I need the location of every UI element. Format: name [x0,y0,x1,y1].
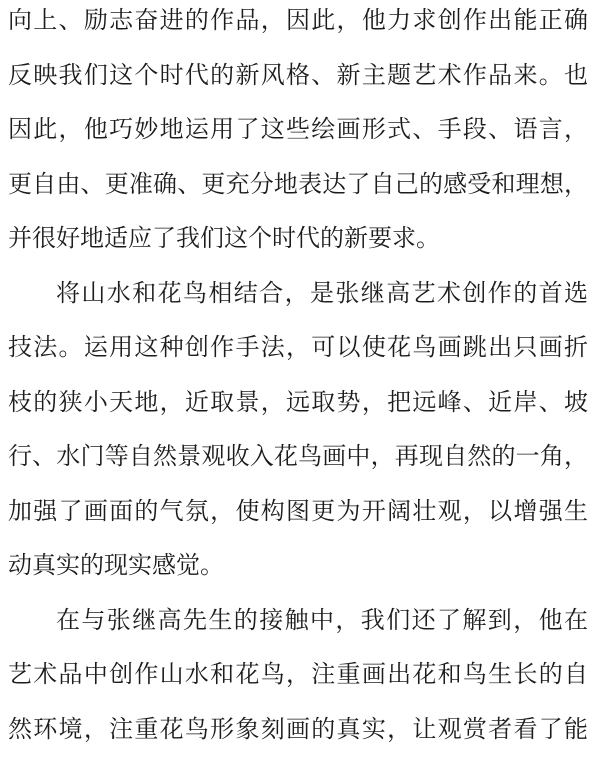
text-line-8: 枝的狭小天地，近取景，远取势，把远峰、近岸、坡 [8,375,588,430]
document-page: 向上、励志奋进的作品，因此，他力求创作出能正确 反映我们这个时代的新风格、新主题… [0,0,600,764]
text-line-4: 更自由、更准确、更充分地表达了自己的感受和理想， [8,157,588,212]
text-line-11: 动真实的现实感觉。 [8,538,588,593]
text-line-6: 将山水和花鸟相结合，是张继高艺术创作的首选 [8,266,588,321]
text-line-12: 在与张继高先生的接触中，我们还了解到，他在 [8,593,588,648]
paragraph-1: 向上、励志奋进的作品，因此，他力求创作出能正确 反映我们这个时代的新风格、新主题… [8,0,588,266]
text-line-5: 并很好地适应了我们这个时代的新要求。 [8,211,588,266]
paragraph-2: 将山水和花鸟相结合，是张继高艺术创作的首选 技法。运用这种创作手法，可以使花鸟画… [8,266,588,593]
text-line-3: 因此，他巧妙地运用了这些绘画形式、手段、语言， [8,102,588,157]
text-line-1: 向上、励志奋进的作品，因此，他力求创作出能正确 [8,0,588,48]
text-line-9: 行、水门等自然景观收入花鸟画中，再现自然的一角， [8,429,588,484]
paragraph-3: 在与张继高先生的接触中，我们还了解到，他在 艺术品中创作山水和花鸟，注重画出花和… [8,593,588,757]
text-line-14: 然环境，注重花鸟形象刻画的真实，让观赏者看了能 [8,702,588,757]
text-block: 向上、励志奋进的作品，因此，他力求创作出能正确 反映我们这个时代的新风格、新主题… [8,0,588,756]
text-line-7: 技法。运用这种创作手法，可以使花鸟画跳出只画折 [8,320,588,375]
text-line-2: 反映我们这个时代的新风格、新主题艺术作品来。也 [8,48,588,103]
text-line-13: 艺术品中创作山水和花鸟，注重画出花和鸟生长的自 [8,647,588,702]
text-line-10: 加强了画面的气氛，使构图更为开阔壮观，以增强生 [8,484,588,539]
